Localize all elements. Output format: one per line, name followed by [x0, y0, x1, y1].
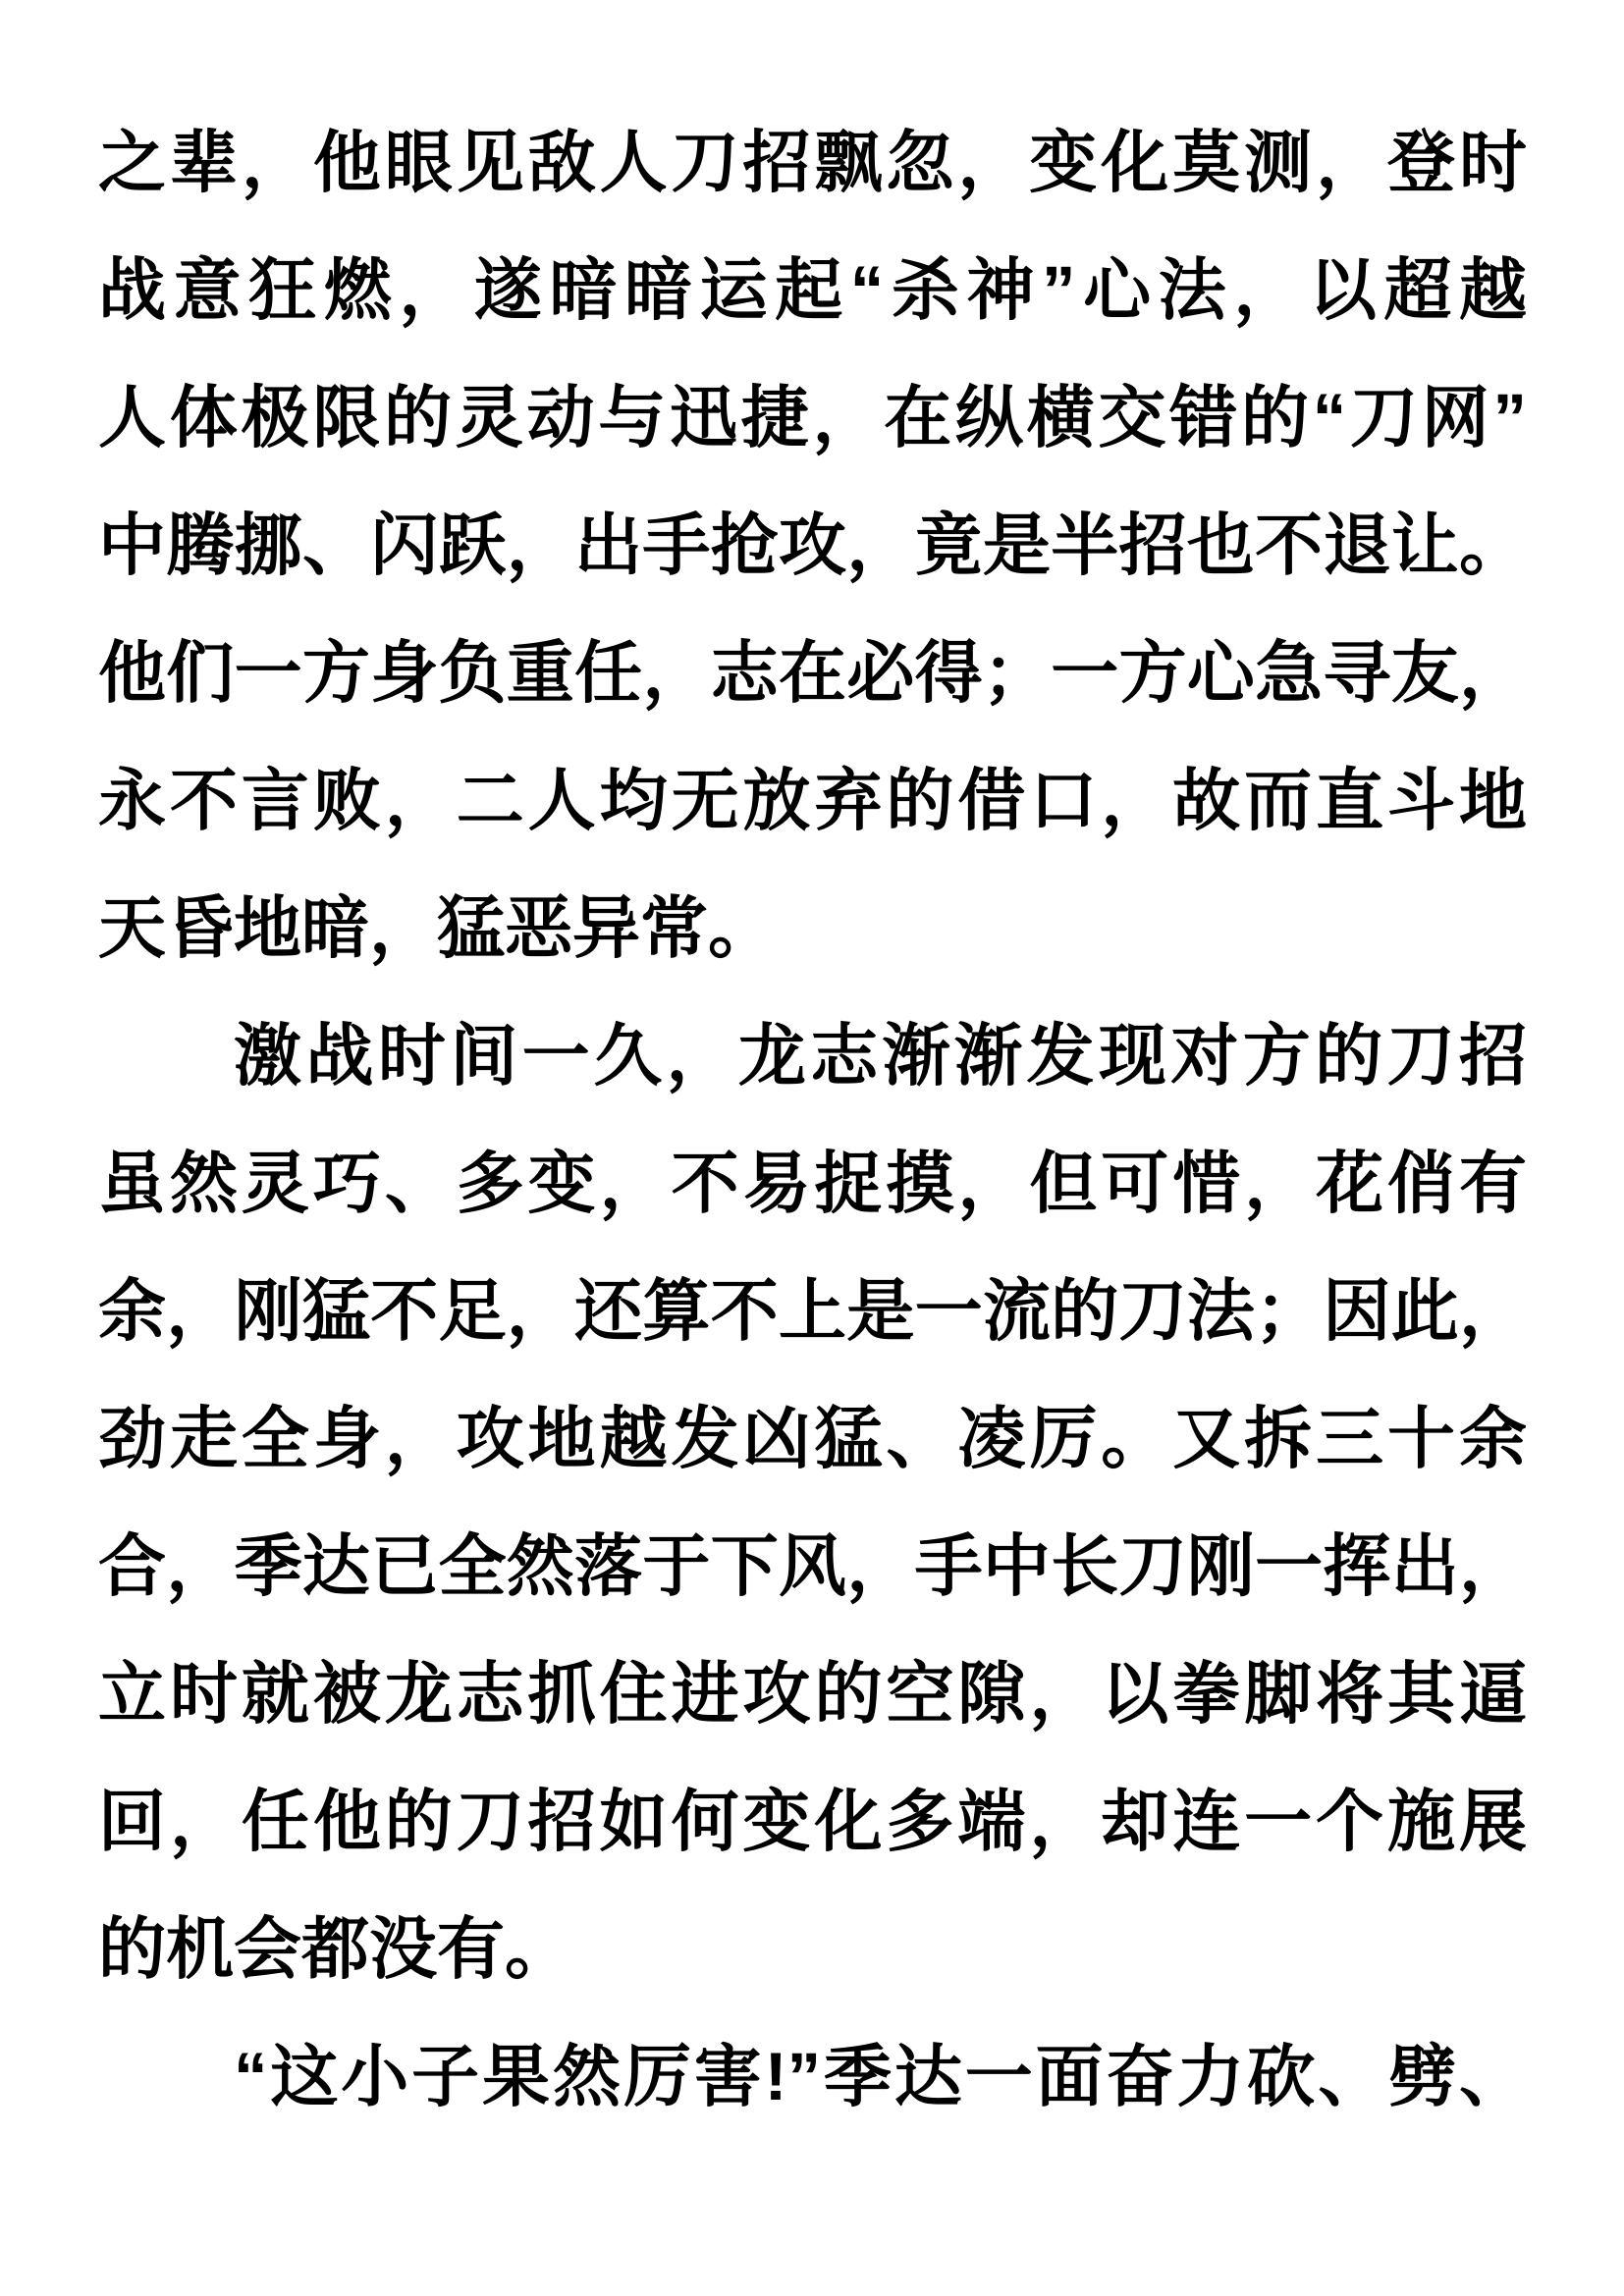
- text-line: 中腾挪、闪跃，出手抢攻，竟是半招也不退让。: [98, 482, 1527, 610]
- text-line: 虽然灵巧、多变，不易捉摸，但可惜，花俏有: [98, 1120, 1527, 1248]
- text-line: 回，任他的刀招如何变化多端，却连一个施展: [98, 1758, 1527, 1886]
- document-page: 之辈，他眼见敌人刀招飘忽，变化莫测，登时战意狂燃，遂暗暗运起“杀神”心法，以超越…: [0, 0, 1624, 2296]
- text-line: 激战时间一久，龙志渐渐发现对方的刀招: [98, 992, 1527, 1120]
- text-line: 人体极限的灵动与迅捷，在纵横交错的“刀网”: [98, 354, 1527, 482]
- text-line: 余，刚猛不足，还算不上是一流的刀法；因此，: [98, 1248, 1527, 1375]
- text-line: 他们一方身负重任，志在必得；一方心急寻友，: [98, 610, 1527, 737]
- text-line: 战意狂燃，遂暗暗运起“杀神”心法，以超越: [98, 227, 1527, 354]
- text-line: 合，季达已全然落于下风，手中长刀刚一挥出，: [98, 1503, 1527, 1630]
- text-line: 劲走全身，攻地越发凶猛、凌厉。又拆三十余: [98, 1375, 1527, 1503]
- text-line: “这小子果然厉害!”季达一面奋力砍、劈、: [98, 2013, 1527, 2141]
- page-body: 之辈，他眼见敌人刀招飘忽，变化莫测，登时战意狂燃，遂暗暗运起“杀神”心法，以超越…: [98, 99, 1527, 2141]
- text-line: 立时就被龙志抓住进攻的空隙，以拳脚将其逼: [98, 1630, 1527, 1758]
- text-line: 天昏地暗，猛恶异常。: [98, 865, 1527, 992]
- text-line: 永不言败，二人均无放弃的借口，故而直斗地: [98, 737, 1527, 865]
- text-line: 之辈，他眼见敌人刀招飘忽，变化莫测，登时: [98, 99, 1527, 227]
- text-line: 的机会都没有。: [98, 1886, 1527, 2013]
